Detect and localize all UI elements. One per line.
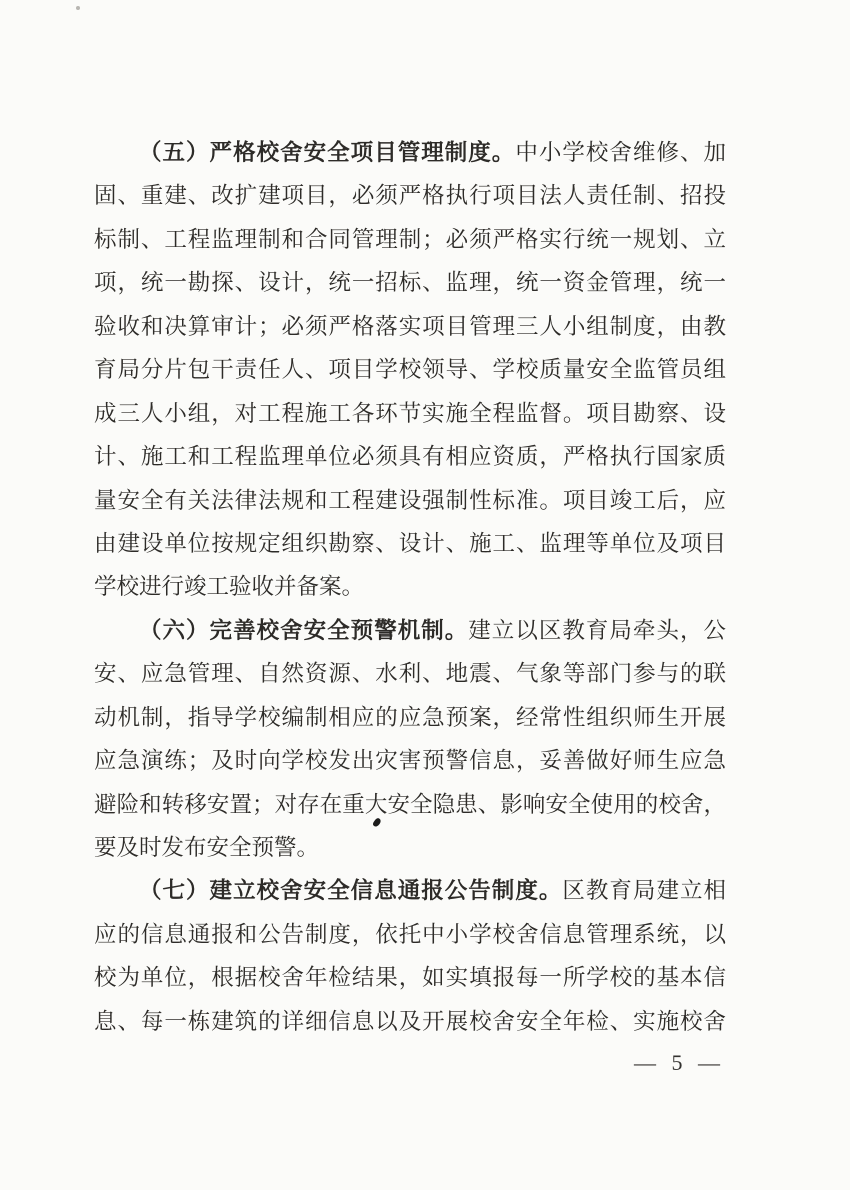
line-text: 应的信息通报和公告制度，依托中小学校舍信息管理系统，以 bbox=[94, 922, 726, 947]
section-heading-line-5: （五）严格校舍安全项目管理制度。中小学校舍维修、加 bbox=[94, 131, 726, 174]
body-line: 学校进行竣工验收并备案。 bbox=[94, 565, 726, 608]
page-number: — 5 — bbox=[634, 1050, 725, 1076]
body-line: 标制、工程监理制和合同管理制；必须严格实行统一规划、立 bbox=[94, 218, 726, 261]
body-line: 育局分片包干责任人、项目学校领导、学校质量安全监管员组 bbox=[94, 348, 726, 391]
body-line: 动机制，指导学校编制相应的应急预案，经常性组织师生开展 bbox=[94, 696, 726, 739]
line-text: 动机制，指导学校编制相应的应急预案，经常性组织师生开展 bbox=[94, 705, 726, 730]
line-text: 避险和转移安置；对存在重大安全隐患、影响安全使用的校舍， bbox=[94, 792, 726, 817]
section-heading: （六）完善校舍安全预警机制。 bbox=[139, 618, 468, 643]
line-text: 育局分片包干责任人、项目学校领导、学校质量安全监管员组 bbox=[94, 357, 726, 382]
line-text: 标制、工程监理制和合同管理制；必须严格实行统一规划、立 bbox=[94, 227, 726, 252]
line-text: 计、施工和工程监理单位必须具有相应资质，严格执行国家质 bbox=[94, 444, 726, 469]
body-line: 成三人小组，对工程施工各环节实施全程监督。项目勘察、设 bbox=[94, 392, 726, 435]
body-line: 应的信息通报和公告制度，依托中小学校舍信息管理系统，以 bbox=[94, 913, 726, 956]
document-body: （五）严格校舍安全项目管理制度。中小学校舍维修、加 固、重建、改扩建项目，必须严… bbox=[94, 131, 726, 1043]
body-line: 固、重建、改扩建项目，必须严格执行项目法人责任制、招投 bbox=[94, 174, 726, 217]
line-text: 量安全有关法律法规和工程建设强制性标准。项目竣工后，应 bbox=[94, 488, 726, 513]
line-text: 固、重建、改扩建项目，必须严格执行项目法人责任制、招投 bbox=[94, 183, 726, 208]
ink-speck bbox=[76, 6, 80, 10]
body-line: 项，统一勘探、设计，统一招标、监理，统一资金管理，统一 bbox=[94, 261, 726, 304]
line-text: 校为单位，根据校舍年检结果，如实填报每一所学校的基本信 bbox=[94, 965, 726, 990]
line-text: 安、应急管理、自然资源、水利、地震、气象等部门参与的联 bbox=[94, 661, 726, 686]
body-line: 安、应急管理、自然资源、水利、地震、气象等部门参与的联 bbox=[94, 652, 726, 695]
line-text: 验收和决算审计；必须严格落实项目管理三人小组制度，由教 bbox=[94, 314, 726, 339]
line-text: 成三人小组，对工程施工各环节实施全程监督。项目勘察、设 bbox=[94, 401, 726, 426]
section-heading: （五）严格校舍安全项目管理制度。 bbox=[139, 140, 515, 165]
line-text: 中小学校舍维修、加 bbox=[515, 140, 726, 165]
body-line: 要及时发布安全预警。 bbox=[94, 826, 726, 869]
line-text: 由建设单位按规定组织勘察、设计、施工、监理等单位及项目 bbox=[94, 531, 726, 556]
line-text: 项，统一勘探、设计，统一招标、监理，统一资金管理，统一 bbox=[94, 270, 726, 295]
line-text: 区教育局建立相 bbox=[562, 878, 726, 903]
body-line: 避险和转移安置；对存在重大安全隐患、影响安全使用的校舍， bbox=[94, 783, 726, 826]
body-line: 应急演练；及时向学校发出灾害预警信息，妥善做好师生应急 bbox=[94, 739, 726, 782]
section-heading-line-7: （七）建立校舍安全信息通报公告制度。区教育局建立相 bbox=[94, 869, 726, 912]
line-text: 应急演练；及时向学校发出灾害预警信息，妥善做好师生应急 bbox=[94, 748, 726, 773]
line-text: 息、每一栋建筑的详细信息以及开展校舍安全年检、实施校舍 bbox=[94, 1009, 726, 1034]
body-line: 校为单位，根据校舍年检结果，如实填报每一所学校的基本信 bbox=[94, 956, 726, 999]
line-text: 建立以区教育局牵头，公 bbox=[468, 618, 726, 643]
body-line: 量安全有关法律法规和工程建设强制性标准。项目竣工后，应 bbox=[94, 479, 726, 522]
body-line: 验收和决算审计；必须严格落实项目管理三人小组制度，由教 bbox=[94, 305, 726, 348]
section-heading-line-6: （六）完善校舍安全预警机制。建立以区教育局牵头，公 bbox=[94, 609, 726, 652]
line-text: 要及时发布安全预警。 bbox=[94, 835, 319, 860]
body-line: 计、施工和工程监理单位必须具有相应资质，严格执行国家质 bbox=[94, 435, 726, 478]
body-line: 息、每一栋建筑的详细信息以及开展校舍安全年检、实施校舍 bbox=[94, 1000, 726, 1043]
body-line: 由建设单位按规定组织勘察、设计、施工、监理等单位及项目 bbox=[94, 522, 726, 565]
section-heading: （七）建立校舍安全信息通报公告制度。 bbox=[139, 878, 562, 903]
line-text: 学校进行竣工验收并备案。 bbox=[94, 574, 364, 599]
document-page: （五）严格校舍安全项目管理制度。中小学校舍维修、加 固、重建、改扩建项目，必须严… bbox=[0, 0, 850, 1190]
